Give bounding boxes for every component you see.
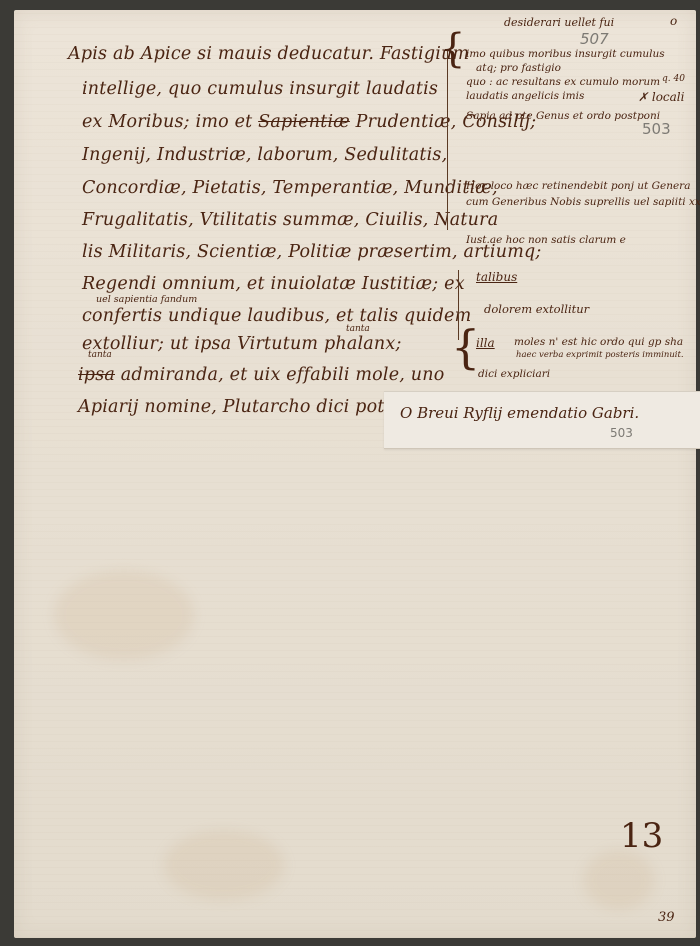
- margin-note-line: dolorem extollitur: [484, 302, 589, 316]
- pencil-number: 503: [642, 120, 671, 138]
- main-line: confertis undique laudibus, et talis qui…: [82, 306, 471, 326]
- margin-note-line: Iust.ae hoc non satis clarum e: [466, 234, 626, 246]
- paper-stain: [54, 570, 194, 660]
- interlinear-note: uel sapientia fandum: [96, 294, 197, 305]
- slip-pencil-number: 503: [610, 426, 633, 440]
- manuscript-page: Apis ab Apice si mauis deducatur. Fastig…: [14, 10, 696, 938]
- struck-interlinear: tanta: [88, 350, 112, 360]
- margin-note-line: atq; pro fastigio: [476, 62, 561, 74]
- margin-heading: desiderari uellet fui: [504, 16, 614, 29]
- main-line: Ingenij, Industriæ, laborum, Sedulitatis…: [82, 145, 447, 165]
- margin-note-line: dici expliciari: [478, 368, 550, 380]
- main-line-text: admiranda, et uix effabili mole, uno: [121, 365, 445, 385]
- margin-note-line: cum Generibus Nobis suprellis uel sapiit…: [466, 196, 700, 208]
- margin-divider: [447, 50, 448, 230]
- margin-note-line: Sapia ad pte Genus et ordo postponi: [466, 110, 660, 122]
- margin-note-word: illa: [476, 336, 495, 350]
- paper-stain: [584, 850, 654, 910]
- margin-mark: q. 40: [662, 74, 685, 84]
- struck-word: Sapientiæ: [258, 112, 350, 132]
- signature-mark: 13: [620, 816, 663, 856]
- margin-note-line: quo : ac resultans ex cumulo morum: [466, 76, 660, 88]
- margin-note-line: imo quibus moribus insurgit cumulus: [466, 48, 665, 60]
- margin-note-line: laudatis angelicis imis: [466, 90, 584, 102]
- bracket-mark: {: [440, 26, 465, 72]
- pasted-slip: O Breui Ryflij emendatio Gabri. 503: [384, 391, 700, 449]
- main-line: Frugalitatis, Vtilitatis summæ, Ciuilis,…: [82, 210, 498, 230]
- margin-note-line: haec verba exprimit posteris imminuit.: [516, 350, 684, 360]
- main-line: extolliur; ut ipsa Virtutum phalanx;: [82, 334, 402, 354]
- margin-note-line: moles n' est hic ordo qui gp sha: [514, 336, 683, 348]
- main-line: Regendi omnium, et inuiolatæ Iustitiæ; e…: [82, 274, 465, 294]
- main-line: ipsa admiranda, et uix effabili mole, un…: [78, 365, 444, 385]
- main-line: intellige, quo cumulus insurgit laudatis: [82, 79, 438, 99]
- margin-note-word: talibus: [476, 270, 517, 284]
- main-line: Apis ab Apice si mauis deducatur. Fastig…: [68, 44, 469, 64]
- margin-note-line: Hoc loco hæc retinendebit ponj ut Genera: [466, 180, 690, 192]
- struck-word: ipsa: [78, 365, 115, 385]
- margin-mark: o: [670, 14, 677, 28]
- margin-mark: ✗ locali: [638, 90, 684, 104]
- main-line: Apiarij nomine, Plutarcho dici potuerit.: [78, 397, 434, 417]
- pencil-number: 507: [580, 30, 609, 48]
- folio-number: 39: [658, 910, 675, 925]
- paper-stain: [164, 830, 284, 900]
- interlinear-note: tanta: [346, 324, 370, 334]
- main-line-text: ex Moribus; imo et: [82, 112, 258, 132]
- slip-text: O Breui Ryflij emendatio Gabri.: [400, 404, 639, 422]
- main-line: Concordiæ, Pietatis, Temperantiæ, Mundit…: [82, 178, 498, 198]
